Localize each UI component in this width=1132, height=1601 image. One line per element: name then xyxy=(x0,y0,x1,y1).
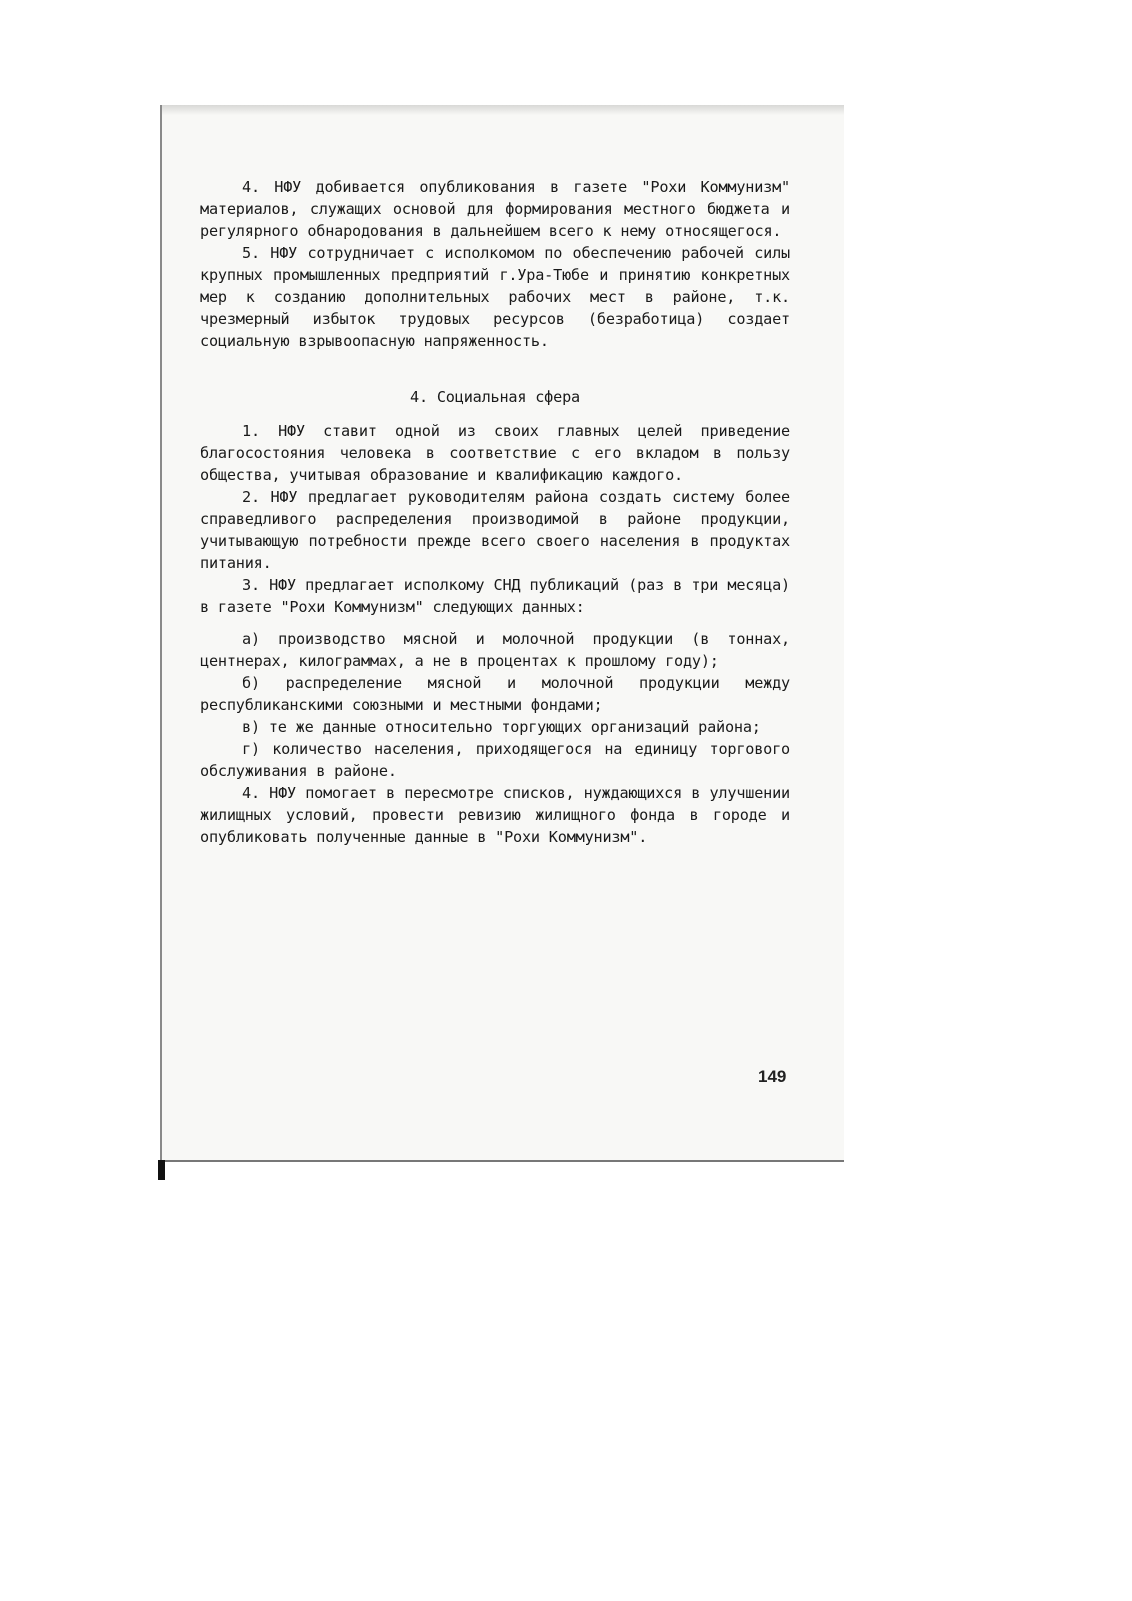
document-body: 4. НФУ добивается опубликования в газете… xyxy=(200,176,790,848)
paragraph: 3. НФУ предлагает исполкому СНД публикац… xyxy=(200,574,790,618)
section-heading: 4. Социальная сфера xyxy=(200,386,790,408)
list-subitem: а) производство мясной и молочной продук… xyxy=(200,628,790,672)
list-subitem: б) распределение мясной и молочной проду… xyxy=(200,672,790,716)
page-bottom-edge xyxy=(160,1160,844,1162)
paragraph: 4. НФУ помогает в пересмотре списков, ну… xyxy=(200,782,790,848)
paragraph: 5. НФУ сотрудничает с исполкомом по обес… xyxy=(200,242,790,352)
page-number: 149 xyxy=(758,1067,786,1087)
paragraph: 1. НФУ ставит одной из своих главных цел… xyxy=(200,420,790,486)
list-subitem: г) количество населения, приходящегося н… xyxy=(200,738,790,782)
scan-shadow xyxy=(162,105,844,115)
scan-corner-mark xyxy=(158,1160,165,1180)
list-subitem: в) те же данные относительно торгующих о… xyxy=(200,716,790,738)
paragraph: 4. НФУ добивается опубликования в газете… xyxy=(200,176,790,242)
paragraph: 2. НФУ предлагает руководителям района с… xyxy=(200,486,790,574)
